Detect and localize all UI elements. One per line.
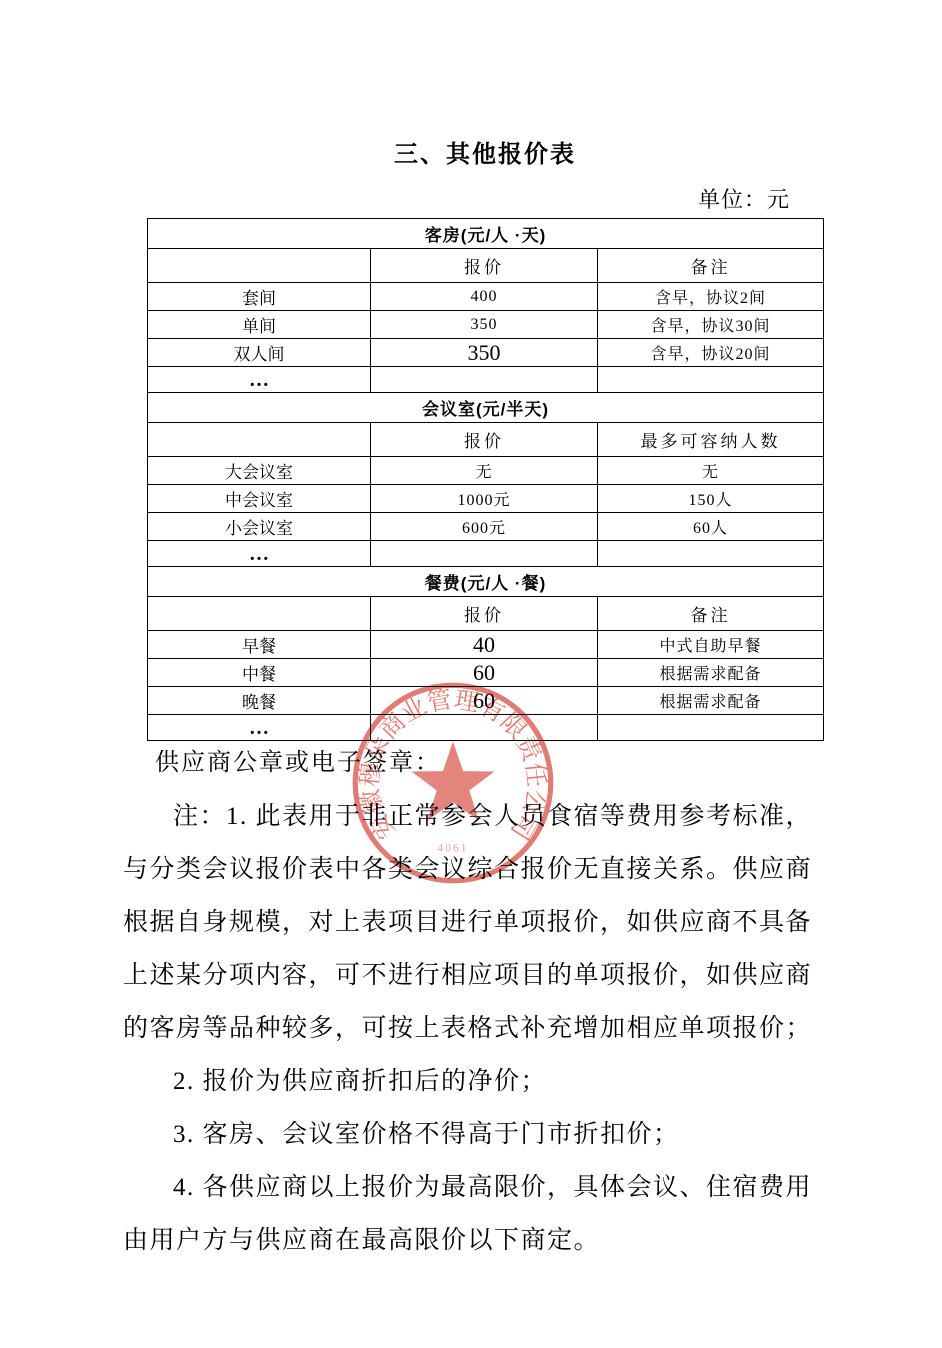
- note-cell: 无: [598, 457, 824, 485]
- note-cell: 60人: [598, 513, 824, 541]
- item-cell: 中会议室: [148, 485, 371, 513]
- table-row: 小会议室 600元 60人: [148, 513, 824, 541]
- page-title: 三、其他报价表: [147, 134, 823, 169]
- note-cell: 中式自助早餐: [598, 631, 824, 659]
- notes-block: 注：1. 此表用于非正常参会人员食宿等费用参考标准， 与分类会议报价表中各类会议…: [123, 790, 823, 1267]
- price-cell: 350: [371, 339, 598, 367]
- table-row: 中餐 60 根据需求配备: [148, 659, 824, 687]
- column-header-row: 报价 备注: [148, 249, 824, 283]
- price-cell: [371, 715, 598, 741]
- item-cell: …: [148, 715, 371, 741]
- price-cell: 60: [371, 659, 598, 687]
- price-cell: 40: [371, 631, 598, 659]
- note-cell: [598, 541, 824, 567]
- column-price: 报价: [371, 597, 598, 631]
- column-header-row: 报价 最多可容纳人数: [148, 423, 824, 457]
- note-cell: 含早，协议2间: [598, 283, 824, 311]
- note-line: 由用户方与供应商在最高限价以下商定。: [123, 1214, 823, 1267]
- table-row: 大会议室 无 无: [148, 457, 824, 485]
- table-row: 中会议室 1000元 150人: [148, 485, 824, 513]
- note-cell: 含早，协议20间: [598, 339, 824, 367]
- section-header-meeting: 会议室(元/半天): [148, 393, 824, 423]
- note-line: 2. 报价为供应商折扣后的净价；: [123, 1055, 823, 1108]
- item-cell: …: [148, 541, 371, 567]
- table-row: 早餐 40 中式自助早餐: [148, 631, 824, 659]
- item-cell: 中餐: [148, 659, 371, 687]
- item-cell: 套间: [148, 283, 371, 311]
- note-cell: 150人: [598, 485, 824, 513]
- price-cell: 无: [371, 457, 598, 485]
- section-header-label: 会议室(元/半天): [148, 393, 824, 423]
- column-note: 备注: [598, 597, 824, 631]
- table-row: 晚餐 60 根据需求配备: [148, 687, 824, 715]
- note-cell: [598, 715, 824, 741]
- table-row: 套间 400 含早，协议2间: [148, 283, 824, 311]
- item-cell: 晚餐: [148, 687, 371, 715]
- price-cell: 400: [371, 283, 598, 311]
- note-line: 注：1. 此表用于非正常参会人员食宿等费用参考标准，: [123, 790, 823, 843]
- column-price: 报价: [371, 423, 598, 457]
- table-row-ellipsis: …: [148, 715, 824, 741]
- note-line: 上述某分项内容，可不进行相应项目的单项报价，如供应商: [123, 949, 823, 1002]
- price-cell: 60: [371, 687, 598, 715]
- item-cell: 大会议室: [148, 457, 371, 485]
- section-header-meals: 餐费(元/人 ·餐): [148, 567, 824, 597]
- price-cell: 600元: [371, 513, 598, 541]
- item-cell: 小会议室: [148, 513, 371, 541]
- note-line: 4. 各供应商以上报价为最高限价，具体会议、住宿费用: [123, 1161, 823, 1214]
- table-row-ellipsis: …: [148, 541, 824, 567]
- section-header-label: 餐费(元/人 ·餐): [148, 567, 824, 597]
- note-cell: 根据需求配备: [598, 687, 824, 715]
- column-capacity: 最多可容纳人数: [598, 423, 824, 457]
- column-item: [148, 423, 371, 457]
- note-cell: 根据需求配备: [598, 659, 824, 687]
- item-cell: …: [148, 367, 371, 393]
- section-header-rooms: 客房(元/人 ·天): [148, 219, 824, 249]
- column-price: 报价: [371, 249, 598, 283]
- item-cell: 双人间: [148, 339, 371, 367]
- column-header-row: 报价 备注: [148, 597, 824, 631]
- note-line: 与分类会议报价表中各类会议综合报价无直接关系。供应商: [123, 843, 823, 896]
- price-cell: [371, 541, 598, 567]
- item-cell: 早餐: [148, 631, 371, 659]
- document-page: 三、其他报价表 单位：元 客房(元/人 ·天) 报价 备注 套间 400 含早，…: [0, 0, 942, 1348]
- note-line: 的客房等品种较多，可按上表格式补充增加相应单项报价；: [123, 1002, 823, 1055]
- signature-label: 供应商公章或电子签章：: [155, 742, 441, 777]
- price-cell: [371, 367, 598, 393]
- price-cell: 350: [371, 311, 598, 339]
- table-row: 双人间 350 含早，协议20间: [148, 339, 824, 367]
- column-item: [148, 249, 371, 283]
- item-cell: 单间: [148, 311, 371, 339]
- price-cell: 1000元: [371, 485, 598, 513]
- table-row-ellipsis: …: [148, 367, 824, 393]
- column-note: 备注: [598, 249, 824, 283]
- section-header-label: 客房(元/人 ·天): [148, 219, 824, 249]
- note-line: 3. 客房、会议室价格不得高于门市折扣价；: [123, 1108, 823, 1161]
- quotation-table: 客房(元/人 ·天) 报价 备注 套间 400 含早，协议2间 单间 350 含…: [147, 218, 824, 741]
- unit-label: 单位：元: [500, 183, 790, 214]
- note-cell: 含早，协议30间: [598, 311, 824, 339]
- note-cell: [598, 367, 824, 393]
- column-item: [148, 597, 371, 631]
- table-row: 单间 350 含早，协议30间: [148, 311, 824, 339]
- note-line: 根据自身规模，对上表项目进行单项报价，如供应商不具备: [123, 896, 823, 949]
